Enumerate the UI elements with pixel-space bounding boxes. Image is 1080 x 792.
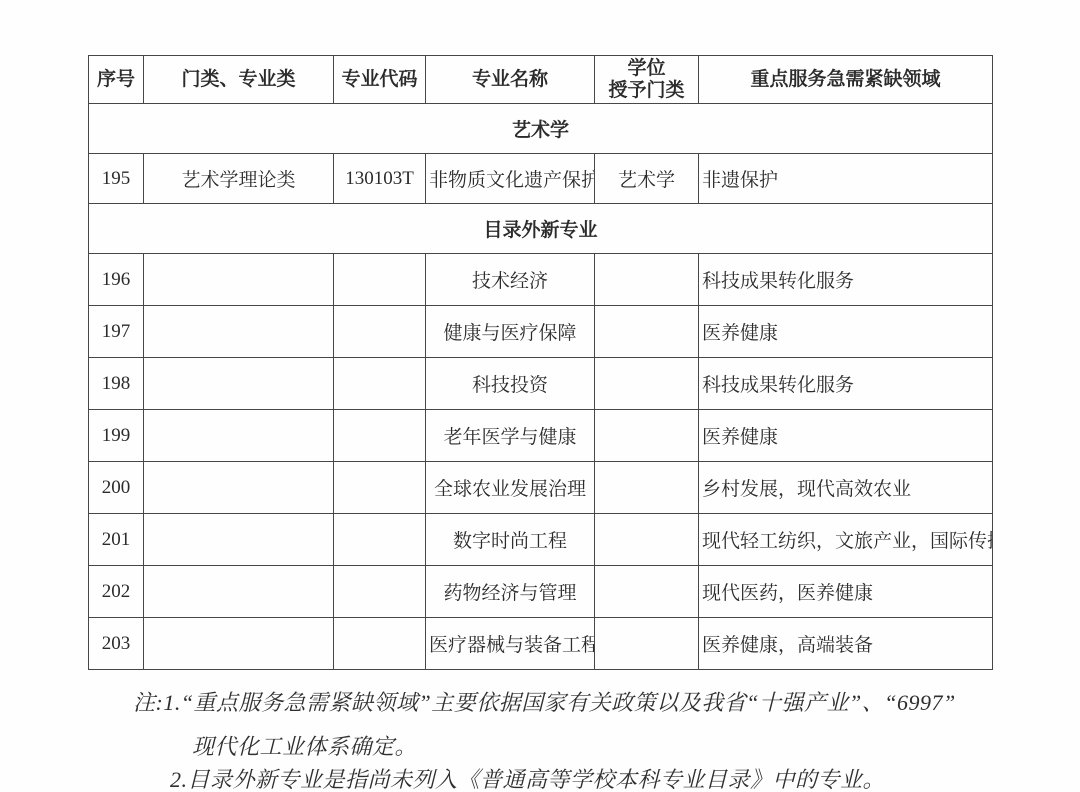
cell-degree (595, 514, 699, 566)
cell-key-fields: 医养健康，高端装备 (699, 618, 993, 670)
col-header-code: 专业代码 (334, 56, 426, 104)
cell-key-fields: 非遗保护 (699, 154, 993, 204)
cell-code (334, 306, 426, 358)
cell-degree (595, 410, 699, 462)
table-row-196: 196 技术经济 科技成果转化服务 (89, 254, 993, 306)
table-row-197: 197 健康与医疗保障 医养健康 (89, 306, 993, 358)
footnote-line-3: 2.目录外新专业是指尚未列入《普通高等学校本科专业目录》中的专业。 (170, 763, 885, 792)
cell-category: 艺术学理论类 (144, 154, 334, 204)
cell-key-fields: 科技成果转化服务 (699, 358, 993, 410)
section-row-art: 艺术学 (89, 104, 993, 154)
cell-key-fields: 医养健康 (699, 306, 993, 358)
table-row-195: 195 艺术学理论类 130103T 非物质文化遗产保护 艺术学 非遗保护 (89, 154, 993, 204)
cell-major-name: 健康与医疗保障 (426, 306, 595, 358)
cell-category (144, 358, 334, 410)
cell-category (144, 566, 334, 618)
section-row-new-majors: 目录外新专业 (89, 204, 993, 254)
table-header-row: 序号 门类、专业类 专业代码 专业名称 学位授予门类 重点服务急需紧缺领域 (89, 56, 993, 104)
cell-key-fields: 现代轻工纺织，文旅产业，国际传播 (699, 514, 993, 566)
cell-serial: 195 (89, 154, 144, 204)
cell-serial: 199 (89, 410, 144, 462)
footnote-line-1: 注:1.“重点服务急需紧缺领域”主要依据国家有关政策以及我省“十强产业”、“69… (133, 686, 956, 717)
cell-code (334, 618, 426, 670)
col-header-degree-line2: 授予门类 (608, 80, 684, 101)
table-row-199: 199 老年医学与健康 医养健康 (89, 410, 993, 462)
cell-code (334, 514, 426, 566)
document-page: 序号 门类、专业类 专业代码 专业名称 学位授予门类 重点服务急需紧缺领域 艺术… (0, 0, 1080, 792)
cell-category (144, 514, 334, 566)
col-header-major-name: 专业名称 (426, 56, 595, 104)
cell-category (144, 410, 334, 462)
cell-serial: 200 (89, 462, 144, 514)
col-header-degree: 学位授予门类 (595, 56, 699, 104)
cell-code (334, 410, 426, 462)
cell-category (144, 618, 334, 670)
cell-major-name: 全球农业发展治理 (426, 462, 595, 514)
cell-major-name: 非物质文化遗产保护 (426, 154, 595, 204)
table-row-202: 202 药物经济与管理 现代医药，医养健康 (89, 566, 993, 618)
table-row-203: 203 医疗器械与装备工程 医养健康，高端装备 (89, 618, 993, 670)
footnote-line-2: 现代化工业体系确定。 (192, 730, 417, 761)
col-header-category: 门类、专业类 (144, 56, 334, 104)
majors-table: 序号 门类、专业类 专业代码 专业名称 学位授予门类 重点服务急需紧缺领域 艺术… (88, 55, 993, 670)
col-header-serial: 序号 (89, 56, 144, 104)
cell-code (334, 462, 426, 514)
cell-serial: 202 (89, 566, 144, 618)
cell-major-name: 技术经济 (426, 254, 595, 306)
cell-category (144, 306, 334, 358)
cell-degree (595, 306, 699, 358)
table-row-201: 201 数字时尚工程 现代轻工纺织，文旅产业，国际传播 (89, 514, 993, 566)
cell-degree (595, 566, 699, 618)
cell-degree: 艺术学 (595, 154, 699, 204)
cell-key-fields: 现代医药，医养健康 (699, 566, 993, 618)
cell-key-fields: 科技成果转化服务 (699, 254, 993, 306)
cell-major-name: 药物经济与管理 (426, 566, 595, 618)
cell-code (334, 254, 426, 306)
cell-category (144, 254, 334, 306)
section-title: 目录外新专业 (89, 204, 993, 254)
cell-code (334, 358, 426, 410)
cell-major-name: 医疗器械与装备工程 (426, 618, 595, 670)
cell-degree (595, 618, 699, 670)
cell-serial: 201 (89, 514, 144, 566)
cell-degree (595, 358, 699, 410)
cell-major-name: 科技投资 (426, 358, 595, 410)
cell-key-fields: 医养健康 (699, 410, 993, 462)
table-row-198: 198 科技投资 科技成果转化服务 (89, 358, 993, 410)
cell-serial: 196 (89, 254, 144, 306)
cell-category (144, 462, 334, 514)
col-header-degree-line1: 学位 (627, 58, 665, 79)
cell-serial: 203 (89, 618, 144, 670)
cell-degree (595, 462, 699, 514)
cell-serial: 197 (89, 306, 144, 358)
section-title: 艺术学 (89, 104, 993, 154)
cell-serial: 198 (89, 358, 144, 410)
cell-code: 130103T (334, 154, 426, 204)
table-row-200: 200 全球农业发展治理 乡村发展，现代高效农业 (89, 462, 993, 514)
cell-major-name: 数字时尚工程 (426, 514, 595, 566)
cell-degree (595, 254, 699, 306)
cell-code (334, 566, 426, 618)
col-header-key-fields: 重点服务急需紧缺领域 (699, 56, 993, 104)
cell-major-name: 老年医学与健康 (426, 410, 595, 462)
cell-key-fields: 乡村发展，现代高效农业 (699, 462, 993, 514)
